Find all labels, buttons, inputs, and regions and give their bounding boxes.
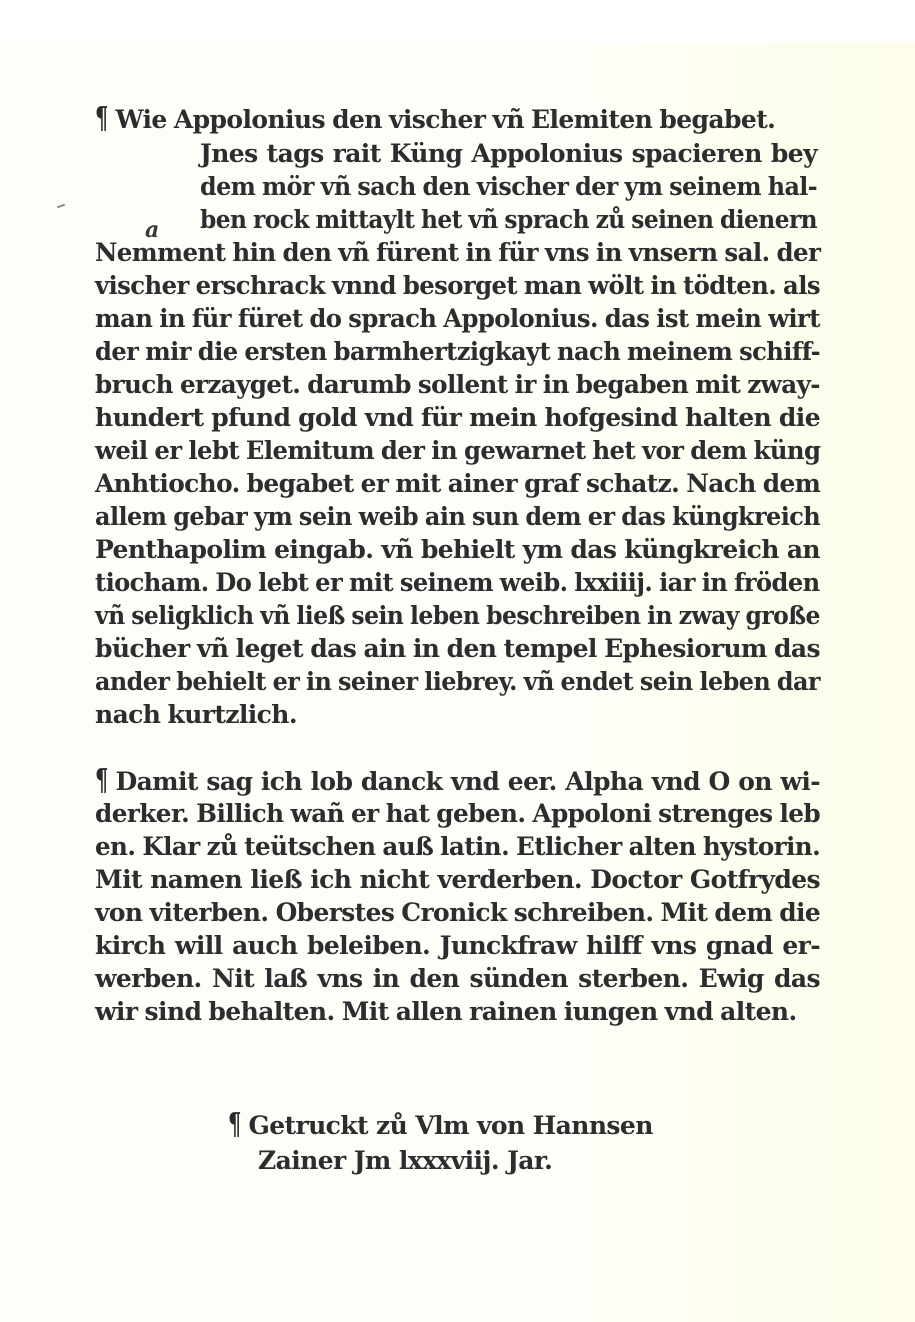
text-line: ben rock mittaylt het vñ sprach zů seine…	[200, 203, 775, 236]
text-line: ander behielt er in seiner liebrey. vñ e…	[95, 665, 787, 698]
verse-line-text: Damit sag ich lob danck vnd eer. Alpha v…	[116, 767, 821, 796]
paragraph-mark-icon: ¶	[228, 1107, 241, 1143]
text-line: dem mör vñ sach den vischer der ym seine…	[200, 170, 787, 203]
verse-line: en. Klar zů teütschen auß latin. Etliche…	[95, 830, 808, 863]
chapter-heading-text: Wie Appolonius den vischer vñ Elemiten b…	[116, 105, 776, 134]
paragraph-mark-icon: ¶	[95, 764, 108, 797]
document-page: a ¶Wie Appolonius den vischer vñ Elemite…	[0, 42, 915, 1322]
text-line: Penthapolim eingab. vñ behielt ym das kü…	[95, 533, 820, 566]
text-line: man in für füret do sprach Appolonius. d…	[95, 302, 799, 335]
chapter-heading: ¶Wie Appolonius den vischer vñ Elemiten …	[95, 102, 820, 135]
text-line: tiocham. Do lebt er mit seinem weib. lxx…	[95, 566, 795, 599]
text-line: Jnes tags rait Küng Appolonius spacieren…	[200, 137, 817, 170]
verse-line: kirch will auch beleiben. Junckfraw hilf…	[95, 929, 820, 962]
text-line: vischer erschrack vnnd besorget man wölt…	[95, 269, 800, 302]
verse-line: ¶Damit sag ich lob danck vnd eer. Alpha …	[95, 764, 820, 797]
verse-line: wir sind behalten. Mit allen rainen iung…	[95, 995, 820, 1028]
colophon: ¶Getruckt zů Vlm von Hannsen Zainer Jm l…	[228, 1107, 653, 1179]
text-line: weil er lebt Elemitum der in gewarnet he…	[95, 434, 800, 467]
verse-line: derker. Billich wañ er hat geben. Appolo…	[95, 797, 812, 830]
text-line: Nemment hin den vñ fürent in für vns in …	[95, 236, 806, 269]
text-line: Anhtiocho. begabet er mit ainer graf sch…	[95, 467, 814, 500]
colophon-line: ¶Getruckt zů Vlm von Hannsen	[228, 1107, 653, 1143]
paragraph-mark-icon: ¶	[95, 102, 108, 135]
stray-ink-mark	[57, 204, 65, 209]
colophon-line: Zainer Jm lxxxviij. Jar.	[228, 1143, 653, 1179]
text-line: hundert pfund gold vnd für mein hofgesin…	[95, 401, 820, 434]
verse-line: Mit namen ließ ich nicht verderben. Doct…	[95, 863, 820, 896]
colophon-line-text: Getruckt zů Vlm von Hannsen	[249, 1111, 653, 1140]
verse-line: werben. Nit laß vns in den sünden sterbe…	[95, 962, 820, 995]
text-line: bücher vñ leget das ain in den tempel Ep…	[95, 632, 820, 665]
text-line: der mir die ersten barmhertzigkayt nach …	[95, 335, 796, 368]
text-line: allem gebar ym sein weib ain sun dem er …	[95, 500, 790, 533]
text-line: nach kurtzlich.	[95, 698, 820, 731]
verse-line: von viterben. Oberstes Cronick schreiben…	[95, 896, 817, 929]
text-line: vñ seligklich vñ ließ sein leben beschre…	[95, 599, 776, 632]
text-line: bruch erzayget. darumb sollent ir in beg…	[95, 368, 808, 401]
